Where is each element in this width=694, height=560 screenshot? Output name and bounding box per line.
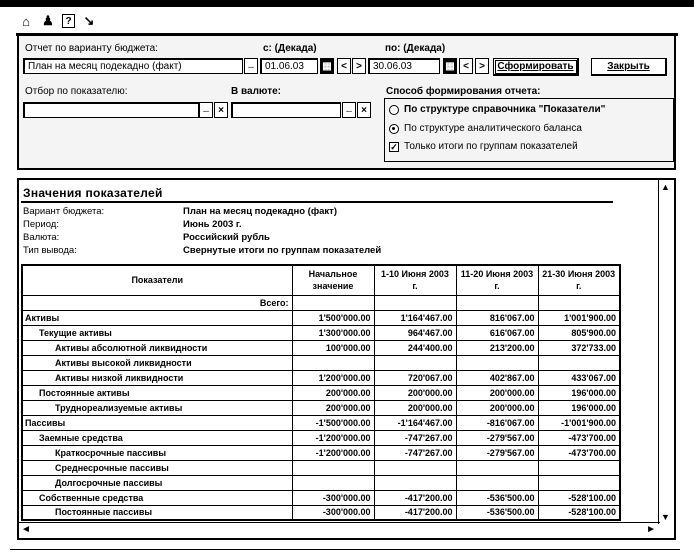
- table-row[interactable]: Краткосрочные пассивы-1'200'000.00-747'2…: [22, 445, 620, 460]
- meta-row-period: Период: Июнь 2003 г.: [23, 219, 242, 230]
- value-cell: 616'067.00: [456, 325, 538, 340]
- value-cell: [456, 475, 538, 490]
- meta-key: Вариант бюджета:: [23, 206, 183, 217]
- meta-value: Июнь 2003 г.: [183, 219, 242, 230]
- from-calendar-button[interactable]: ▦: [320, 58, 334, 74]
- indicator-filter-field[interactable]: [23, 102, 199, 118]
- value-cell: 196'000.00: [538, 400, 620, 415]
- mode-option-label: По структуре аналитического баланса: [404, 123, 582, 134]
- select-icon: ...: [346, 107, 352, 114]
- form-report-button[interactable]: Сформировать: [493, 58, 579, 76]
- column-header: Показатели: [22, 265, 292, 295]
- scroll-right-icon[interactable]: ►: [646, 524, 656, 535]
- report-mode-group: По структуре справочника "Показатели" По…: [384, 98, 674, 162]
- groups-only-label: Только итоги по группам показателей: [404, 141, 578, 152]
- table-row[interactable]: Активы низкой ликвидности1'200'000.00720…: [22, 370, 620, 385]
- table-row[interactable]: Активы1'500'000.001'164'467.00816'067.00…: [22, 310, 620, 325]
- radio-icon[interactable]: [389, 105, 399, 115]
- to-next-button[interactable]: >: [475, 58, 489, 74]
- meta-row-variant: Вариант бюджета: План на месяц подекадно…: [23, 206, 337, 217]
- mode-option-label: По структуре справочника "Показатели": [404, 104, 605, 115]
- table-row[interactable]: Заемные средства-1'200'000.00-747'267.00…: [22, 430, 620, 445]
- meta-value: Российский рубль: [183, 232, 270, 243]
- value-cell: -279'567.00: [456, 430, 538, 445]
- users-icon[interactable]: ♟: [40, 13, 56, 29]
- value-cell: 196'000.00: [538, 385, 620, 400]
- help-icon[interactable]: ?: [62, 14, 75, 28]
- value-cell: [292, 460, 374, 475]
- column-header: 21-30 Июня 2003 г.: [538, 265, 620, 295]
- value-cell: [374, 355, 456, 370]
- checkbox-checked-icon[interactable]: ✓: [389, 142, 399, 152]
- value-cell: -1'164'467.00: [374, 415, 456, 430]
- next-icon: >: [356, 61, 362, 72]
- value-cell: -1'001'900.00: [538, 415, 620, 430]
- table-cell: [374, 295, 456, 310]
- currency-label: В валюте:: [231, 86, 281, 97]
- from-date-field[interactable]: 01.06.03: [260, 58, 318, 74]
- table-row[interactable]: Пассивы-1'500'000.00-1'164'467.00-816'06…: [22, 415, 620, 430]
- to-calendar-button[interactable]: ▦: [443, 58, 457, 74]
- calendar-icon: ▦: [322, 61, 331, 72]
- total-row: Всего:: [22, 295, 620, 310]
- currency-clear-button[interactable]: ×: [357, 102, 371, 118]
- value-cell: [374, 475, 456, 490]
- scroll-down-icon[interactable]: ▼: [661, 512, 670, 522]
- value-cell: -417'200.00: [374, 505, 456, 520]
- value-cell: [456, 355, 538, 370]
- table-row[interactable]: Текущие активы1'300'000.00964'467.00616'…: [22, 325, 620, 340]
- value-cell: [292, 355, 374, 370]
- value-cell: 200'000.00: [456, 400, 538, 415]
- value-cell: 433'067.00: [538, 370, 620, 385]
- from-label: с: (Декада): [263, 43, 317, 54]
- currency-field[interactable]: [231, 102, 341, 118]
- table-cell: [538, 295, 620, 310]
- table-row[interactable]: Долгосрочные пассивы: [22, 475, 620, 490]
- value-cell: -816'067.00: [456, 415, 538, 430]
- budget-variant-select-button[interactable]: ...: [244, 58, 258, 74]
- from-prev-button[interactable]: <: [337, 58, 351, 74]
- indicator-name: Пассивы: [22, 415, 292, 430]
- table-row[interactable]: Труднореализуемые активы200'000.00200'00…: [22, 400, 620, 415]
- mode-option-balance[interactable]: По структуре аналитического баланса: [389, 123, 582, 134]
- value-cell: 244'400.00: [374, 340, 456, 355]
- value-cell: -747'267.00: [374, 430, 456, 445]
- value-cell: 402'867.00: [456, 370, 538, 385]
- filter-arrow-icon[interactable]: ↘: [81, 13, 97, 29]
- groups-only-checkbox-row[interactable]: ✓ Только итоги по группам показателей: [389, 141, 578, 152]
- value-cell: 100'000.00: [292, 340, 374, 355]
- value-cell: -300'000.00: [292, 505, 374, 520]
- value-cell: 1'500'000.00: [292, 310, 374, 325]
- budget-variant-label: Отчет по варианту бюджета:: [25, 43, 158, 54]
- indicator-name: Краткосрочные пассивы: [22, 445, 292, 460]
- indicator-name: Активы низкой ликвидности: [22, 370, 292, 385]
- filter-panel: Отчет по варианту бюджета: План на месяц…: [17, 36, 676, 170]
- value-cell: 1'001'900.00: [538, 310, 620, 325]
- value-cell: [538, 460, 620, 475]
- value-cell: -1'200'000.00: [292, 445, 374, 460]
- indicator-select-button[interactable]: ...: [199, 102, 213, 118]
- value-cell: -747'267.00: [374, 445, 456, 460]
- prev-icon: <: [463, 61, 469, 72]
- to-prev-button[interactable]: <: [459, 58, 473, 74]
- value-cell: 805'900.00: [538, 325, 620, 340]
- indicator-name: Среднесрочные пассивы: [22, 460, 292, 475]
- total-label: Всего:: [22, 295, 292, 310]
- table-row[interactable]: Среднесрочные пассивы: [22, 460, 620, 475]
- table-row[interactable]: Постоянные активы200'000.00200'000.00200…: [22, 385, 620, 400]
- budget-variant-field[interactable]: План на месяц подекадно (факт): [23, 58, 243, 74]
- report-title: Значения показателей: [23, 186, 163, 200]
- meta-key: Период:: [23, 219, 183, 230]
- indicator-name: Активы высокой ликвидности: [22, 355, 292, 370]
- next-icon: >: [479, 61, 485, 72]
- table-row[interactable]: Собственные средства-300'000.00-417'200.…: [22, 490, 620, 505]
- report-title-rule: [21, 201, 613, 203]
- value-cell: -536'500.00: [456, 505, 538, 520]
- close-button[interactable]: Закрыть: [591, 58, 667, 76]
- clear-icon: ×: [218, 105, 224, 116]
- vertical-scrollbar[interactable]: ▲ ▼: [658, 180, 674, 524]
- window-bottom-border: [10, 549, 680, 550]
- indicator-name: Постоянные пассивы: [22, 505, 292, 520]
- to-date-field[interactable]: 30.06.03: [368, 58, 440, 74]
- table-cell: [292, 295, 374, 310]
- report-mode-label: Способ формирования отчета:: [386, 86, 541, 97]
- indicator-name: Активы: [22, 310, 292, 325]
- table-row[interactable]: Постоянные пассивы-300'000.00-417'200.00…: [22, 505, 620, 520]
- value-cell: [456, 460, 538, 475]
- indicator-filter-label: Отбор по показателю:: [25, 86, 128, 97]
- value-cell: 200'000.00: [292, 400, 374, 415]
- value-cell: 1'300'000.00: [292, 325, 374, 340]
- meta-value: План на месяц подекадно (факт): [183, 206, 337, 217]
- value-cell: 1'164'467.00: [374, 310, 456, 325]
- value-cell: 200'000.00: [374, 400, 456, 415]
- clear-icon: ×: [361, 105, 367, 116]
- meta-row-currency: Валюта: Российский рубль: [23, 232, 270, 243]
- value-cell: 964'467.00: [374, 325, 456, 340]
- to-label: по: (Декада): [385, 43, 445, 54]
- value-cell: -473'700.00: [538, 430, 620, 445]
- indicator-name: Труднореализуемые активы: [22, 400, 292, 415]
- value-cell: [538, 355, 620, 370]
- indicator-name: Заемные средства: [22, 430, 292, 445]
- value-cell: -300'000.00: [292, 490, 374, 505]
- value-cell: -528'100.00: [538, 505, 620, 520]
- column-header: 1-10 Июня 2003 г.: [374, 265, 456, 295]
- value-cell: 816'067.00: [456, 310, 538, 325]
- indicator-clear-button[interactable]: ×: [214, 102, 228, 118]
- value-cell: -473'700.00: [538, 445, 620, 460]
- mode-option-directory[interactable]: По структуре справочника "Показатели": [389, 104, 605, 115]
- value-cell: -417'200.00: [374, 490, 456, 505]
- value-cell: -536'500.00: [456, 490, 538, 505]
- value-cell: -528'100.00: [538, 490, 620, 505]
- value-cell: [538, 475, 620, 490]
- scroll-up-icon[interactable]: ▲: [661, 182, 670, 192]
- indicator-name: Текущие активы: [22, 325, 292, 340]
- value-cell: [374, 460, 456, 475]
- value-cell: [292, 475, 374, 490]
- value-cell: -1'500'000.00: [292, 415, 374, 430]
- select-icon: ...: [248, 63, 254, 70]
- meta-value: Свернутые итоги по группам показателей: [183, 245, 381, 256]
- calendar-icon: ▦: [445, 61, 454, 72]
- select-icon: ...: [203, 107, 209, 114]
- report-area: Значения показателей Вариант бюджета: Пл…: [17, 178, 676, 540]
- toolbar: ⌂ ♟ ? ↘: [18, 11, 97, 31]
- value-cell: 200'000.00: [292, 385, 374, 400]
- radio-selected-icon[interactable]: [389, 124, 399, 134]
- value-cell: 372'733.00: [538, 340, 620, 355]
- from-next-button[interactable]: >: [352, 58, 366, 74]
- value-cell: 200'000.00: [456, 385, 538, 400]
- column-header: Начальное значение: [292, 265, 374, 295]
- indicator-name: Собственные средства: [22, 490, 292, 505]
- indicator-name: Долгосрочные пассивы: [22, 475, 292, 490]
- tree-icon[interactable]: ⌂: [18, 13, 34, 29]
- table-header-row: Показатели Начальное значение 1-10 Июня …: [22, 265, 620, 295]
- horizontal-scrollbar[interactable]: ◄ ►: [19, 522, 660, 538]
- scroll-left-icon[interactable]: ◄: [21, 524, 31, 535]
- table-row[interactable]: Активы высокой ликвидности: [22, 355, 620, 370]
- value-cell: -1'200'000.00: [292, 430, 374, 445]
- value-cell: -279'567.00: [456, 445, 538, 460]
- indicators-table: Показатели Начальное значение 1-10 Июня …: [21, 264, 621, 521]
- meta-row-output-type: Тип вывода: Свернутые итоги по группам п…: [23, 245, 381, 256]
- currency-select-button[interactable]: ...: [342, 102, 356, 118]
- meta-key: Тип вывода:: [23, 245, 183, 256]
- value-cell: 213'200.00: [456, 340, 538, 355]
- indicator-name: Постоянные активы: [22, 385, 292, 400]
- indicator-name: Активы абсолютной ликвидности: [22, 340, 292, 355]
- value-cell: 720'067.00: [374, 370, 456, 385]
- value-cell: 200'000.00: [374, 385, 456, 400]
- value-cell: 1'200'000.00: [292, 370, 374, 385]
- meta-key: Валюта:: [23, 232, 183, 243]
- prev-icon: <: [341, 61, 347, 72]
- table-row[interactable]: Активы абсолютной ликвидности100'000.002…: [22, 340, 620, 355]
- window-titlebar: [0, 0, 694, 7]
- table-cell: [456, 295, 538, 310]
- column-header: 11-20 Июня 2003 г.: [456, 265, 538, 295]
